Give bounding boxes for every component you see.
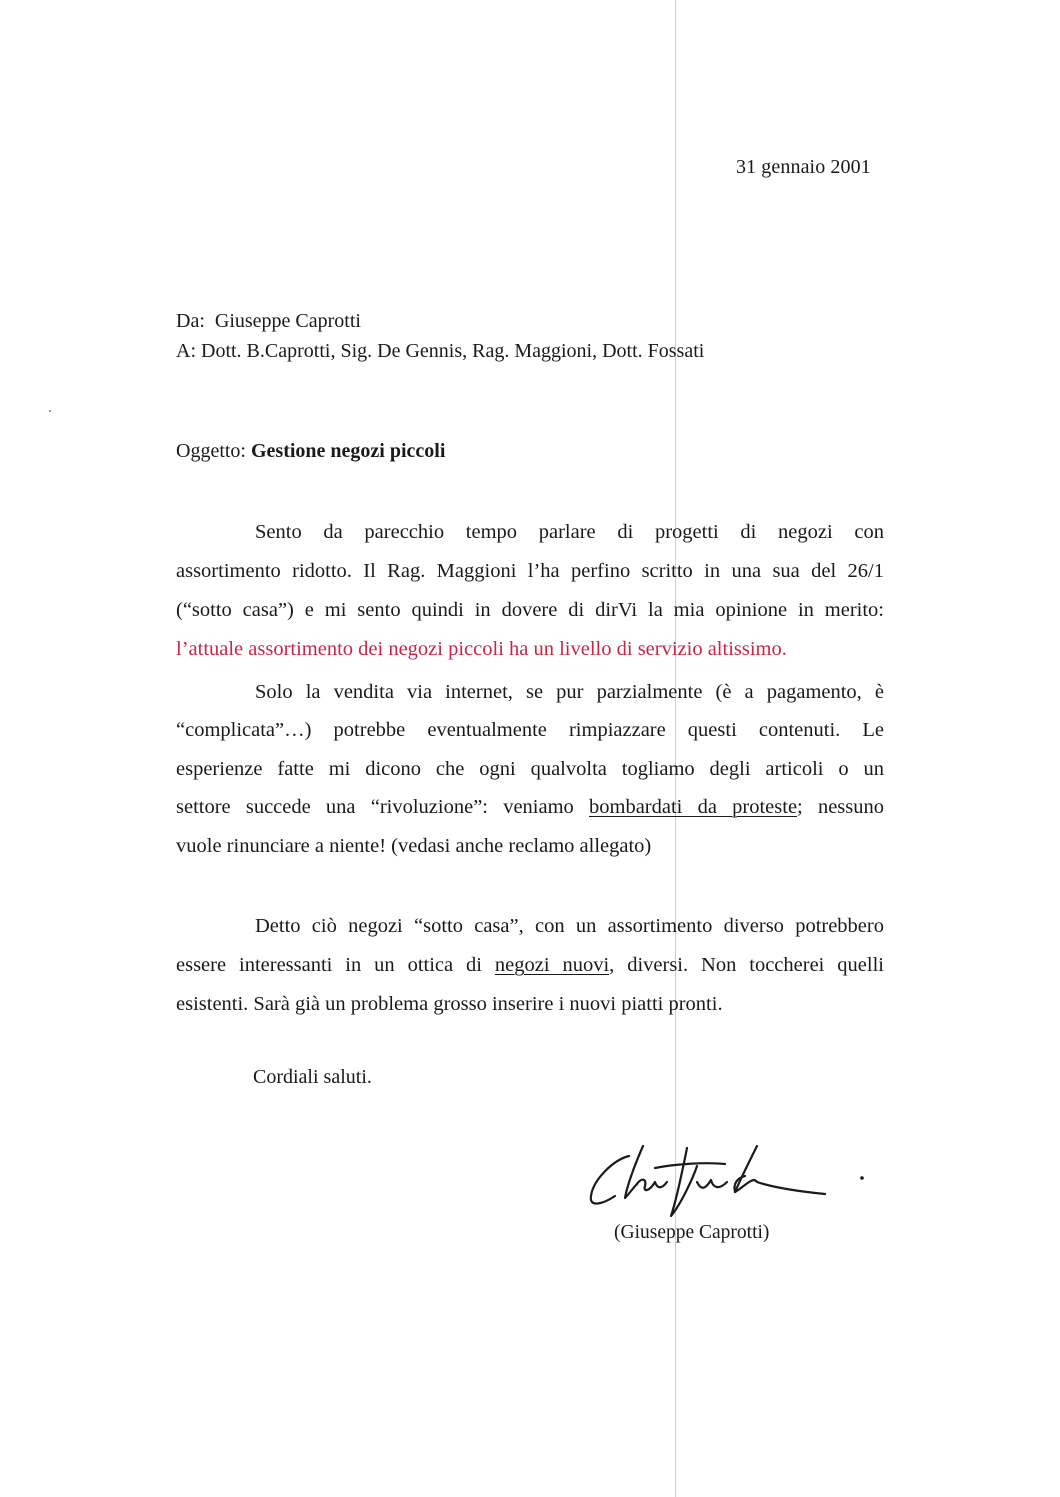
paragraph2-line3: esperienze fatte mi dicono che ogni qual… [176, 758, 884, 781]
underlined-phrase-protests: bombardati da proteste [589, 796, 797, 818]
paragraph2-line1: Solo la vendita via internet, se pur par… [255, 681, 884, 704]
highlighted-statement: l’attuale assortimento dei negozi piccol… [176, 638, 787, 661]
handwritten-signature-icon [585, 1138, 885, 1228]
subject-text: Gestione negozi piccoli [251, 440, 445, 462]
recipients-line: A: Dott. B.Caprotti, Sig. De Gennis, Rag… [176, 340, 704, 363]
signature-name: (Giuseppe Caprotti) [614, 1222, 769, 1244]
paragraph3-line2: essere interessanti in un ottica di nego… [176, 954, 884, 977]
closing-salutation: Cordiali saluti. [253, 1066, 372, 1089]
paragraph1-line2: assortimento ridotto. Il Rag. Maggioni l… [176, 560, 884, 583]
paragraph3-line2-start: essere interessanti in un ottica di [176, 954, 495, 976]
paragraph1-line1: Sento da parecchio tempo parlare di prog… [255, 521, 884, 544]
paragraph1-line3: (“sotto casa”) e mi sento quindi in dove… [176, 599, 884, 622]
paragraph3-line3: esistenti. Sarà già un problema grosso i… [176, 993, 723, 1016]
paragraph3-line1: Detto ciò negozi “sotto casa”, con un as… [255, 915, 884, 938]
recipients: Dott. B.Caprotti, Sig. De Gennis, Rag. M… [201, 340, 704, 362]
page-fold-line [675, 0, 676, 1497]
paragraph2-line4-start: settore succede una “rivoluzione”: venia… [176, 796, 589, 818]
letter-date: 31 gennaio 2001 [736, 156, 871, 179]
recipients-label: A: [176, 340, 196, 362]
sender-name: Giuseppe Caprotti [215, 310, 361, 332]
paragraph3-line2-end: , diversi. Non toccherei quelli [609, 954, 884, 976]
scan-speck [49, 410, 51, 412]
paragraph2-line2: “complicata”…) potrebbe eventualmente ri… [176, 719, 884, 742]
subject-line: Oggetto: Gestione negozi piccoli [176, 440, 445, 463]
subject-label: Oggetto: [176, 440, 246, 462]
sender-label: Da: [176, 310, 205, 332]
paragraph2-line4: settore succede una “rivoluzione”: venia… [176, 796, 884, 819]
paragraph2-line4-end: ; nessuno [797, 796, 884, 818]
sender-line: Da: Giuseppe Caprotti [176, 310, 361, 333]
paragraph2-line5: vuole rinunciare a niente! (vedasi anche… [176, 835, 651, 858]
underlined-phrase-new-stores: negozi nuovi [495, 954, 609, 976]
